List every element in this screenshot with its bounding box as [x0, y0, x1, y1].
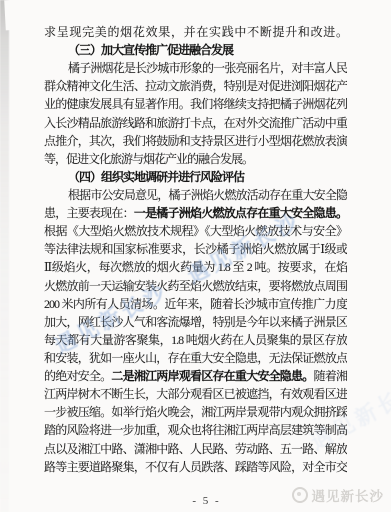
text-segment: 一是橘子洲焰火燃放点存在重大安全隐患。: [134, 206, 347, 220]
body-line: 点推介，其次，我们将鼓励和支持景区进行小型烟花燃放表演: [44, 132, 347, 150]
body-line: 一步被压缩。如举行焰火晚会，湘江两岸景观带内观众拥挤踩: [44, 403, 347, 421]
body-line: 的绝对安全。二是湘江两岸观看区存在重大安全隐患。随着湘: [44, 367, 347, 385]
body-line: 路等主要道路聚集，不仅有人员跌落、踩踏等风险，对全市交: [44, 458, 347, 476]
text-segment: 和安装，犹如一座火山，存在重大安全隐患，无法保证燃放点: [44, 351, 347, 365]
text-segment: 点推介，其次，我们将鼓励和支持景区进行小型烟花燃放表演: [44, 134, 347, 148]
text-segment: 患，主要表现在：: [44, 206, 134, 220]
text-segment: 随着湘: [314, 369, 347, 383]
text-segment: Ⅱ级焰火，每次燃放的烟火药量为 1.8 至 2 吨。按要求，在焰: [44, 260, 347, 274]
body-line: 每天都有大量游客聚集，1.8 吨烟火药在人员聚集的景区存放: [44, 331, 347, 349]
text-segment: 业的健康发展具有显著作用。我们将继续支持把橘子洲烟花列: [44, 97, 347, 111]
page-corner-notch: [4, 0, 19, 30]
body-line: 和安装，犹如一座火山，存在重大安全隐患，无法保证燃放点: [44, 349, 347, 367]
text-segment: 每天都有大量游客聚集，1.8 吨烟火药在人员聚集的景区存放: [44, 333, 347, 347]
text-segment: 江两岸树木不断生长，大部分观看区已被遮挡，有效观看区进: [44, 387, 347, 401]
body-line: 等法律法规和国家标准要求，长沙橘子洲焰火燃放属于Ⅰ级或: [44, 240, 347, 258]
text-segment: 路等主要道路聚集，不仅有人员跌落、踩踏等风险，对全市交: [44, 460, 347, 474]
text-segment: 根据《大型焰火燃放技术规程》《大型焰火燃放技术与安全》: [44, 224, 347, 238]
page-left-edge-shadow: [0, 0, 9, 512]
body-line: Ⅱ级焰火，每次燃放的烟火药量为 1.8 至 2 吨。按要求，在焰: [44, 258, 347, 276]
page-number: - 5 -: [192, 495, 220, 507]
text-segment: 入长沙精品旅游线路和旅游打卡点，在对外交流推广活动中重: [44, 116, 347, 130]
body-line: 橘子洲烟花是长沙城市形象的一张亮丽名片，对丰富人民: [44, 59, 347, 77]
text-segment: 火燃放前一天运输安装火药至焰火燃放结束，要将燃放点周围: [44, 279, 347, 293]
text-segment: 的绝对安全。: [44, 369, 111, 383]
text-segment: 根据市公安局意见，橘子洲焰火燃放活动存在重大安全隐: [68, 188, 347, 202]
body-line: 火燃放前一天运输安装火药至焰火燃放结束，要将燃放点周围: [44, 277, 347, 295]
body-line: 根据《大型焰火燃放技术规程》《大型焰火燃放技术与安全》: [44, 222, 347, 240]
text-segment: 求呈现完美的烟花效果，并在实践中不断提升和改进。: [44, 25, 347, 39]
body-line: 群众精神文化生活、拉动文旅消费，特别是对促进浏阳烟花产: [44, 77, 347, 95]
section-heading: （三）加大宣传推广促进融合发展: [44, 41, 347, 59]
body-line: 等，促进文化旅游与烟花产业的融合发展。: [44, 150, 347, 168]
section-heading: （四）组织实地调研并进行风险评估: [44, 168, 347, 186]
text-segment: 200 米内所有人员清场。近年来，随着长沙城市宣传推广力度: [44, 297, 347, 311]
document-body: 求呈现完美的烟花效果，并在实践中不断提升和改进。（三）加大宣传推广促进融合发展橘…: [44, 23, 347, 476]
text-segment: 一步被压缩。如举行焰火晚会，湘江两岸景观带内观众拥挤踩: [44, 405, 347, 419]
page-footer: - 5 -: [0, 491, 391, 509]
body-line: 点以及湘江中路、潇湘中路、人民路、劳动路、五一路、解放: [44, 440, 347, 458]
text-segment: （三）加大宣传推广促进融合发展: [68, 43, 233, 57]
text-segment: 二是湘江两岸观看区存在重大安全隐患。: [111, 369, 313, 383]
text-segment: 等法律法规和国家标准要求，长沙橘子洲焰火燃放属于Ⅰ级或: [44, 242, 347, 256]
scanned-document-page: 求呈现完美的烟花效果，并在实践中不断提升和改进。（三）加大宣传推广促进融合发展橘…: [0, 0, 391, 512]
text-segment: 踏的风险将进一步加重，观众也将往湘江两岸高层建筑等制高: [44, 423, 347, 437]
body-line: 200 米内所有人员清场。近年来，随着长沙城市宣传推广力度: [44, 295, 347, 313]
body-line: 江两岸树木不断生长，大部分观看区已被遮挡，有效观看区进: [44, 385, 347, 403]
body-line: 踏的风险将进一步加重，观众也将往湘江两岸高层建筑等制高: [44, 421, 347, 439]
body-line: 加大，网红长沙人气和客流爆增，特别是今年以来橘子洲景区: [44, 313, 347, 331]
text-segment: 等，促进文化旅游与烟花产业的融合发展。: [44, 152, 253, 166]
text-segment: 橘子洲烟花是长沙城市形象的一张亮丽名片，对丰富人民: [68, 61, 347, 75]
text-segment: 加大，网红长沙人气和客流爆增，特别是今年以来橘子洲景区: [44, 315, 347, 329]
text-segment: 点以及湘江中路、潇湘中路、人民路、劳动路、五一路、解放: [44, 442, 347, 456]
body-line: 业的健康发展具有显著作用。我们将继续支持把橘子洲烟花列: [44, 95, 347, 113]
body-line: 患，主要表现在：一是橘子洲焰火燃放点存在重大安全隐患。: [44, 204, 347, 222]
body-line: 入长沙精品旅游线路和旅游打卡点，在对外交流推广活动中重: [44, 114, 347, 132]
body-line: 根据市公安局意见，橘子洲焰火燃放活动存在重大安全隐: [44, 186, 347, 204]
text-segment: 群众精神文化生活、拉动文旅消费，特别是对促进浏阳烟花产: [44, 79, 347, 93]
text-segment: （四）组织实地调研并进行风险评估: [68, 170, 244, 184]
body-line: 求呈现完美的烟花效果，并在实践中不断提升和改进。: [44, 23, 347, 41]
